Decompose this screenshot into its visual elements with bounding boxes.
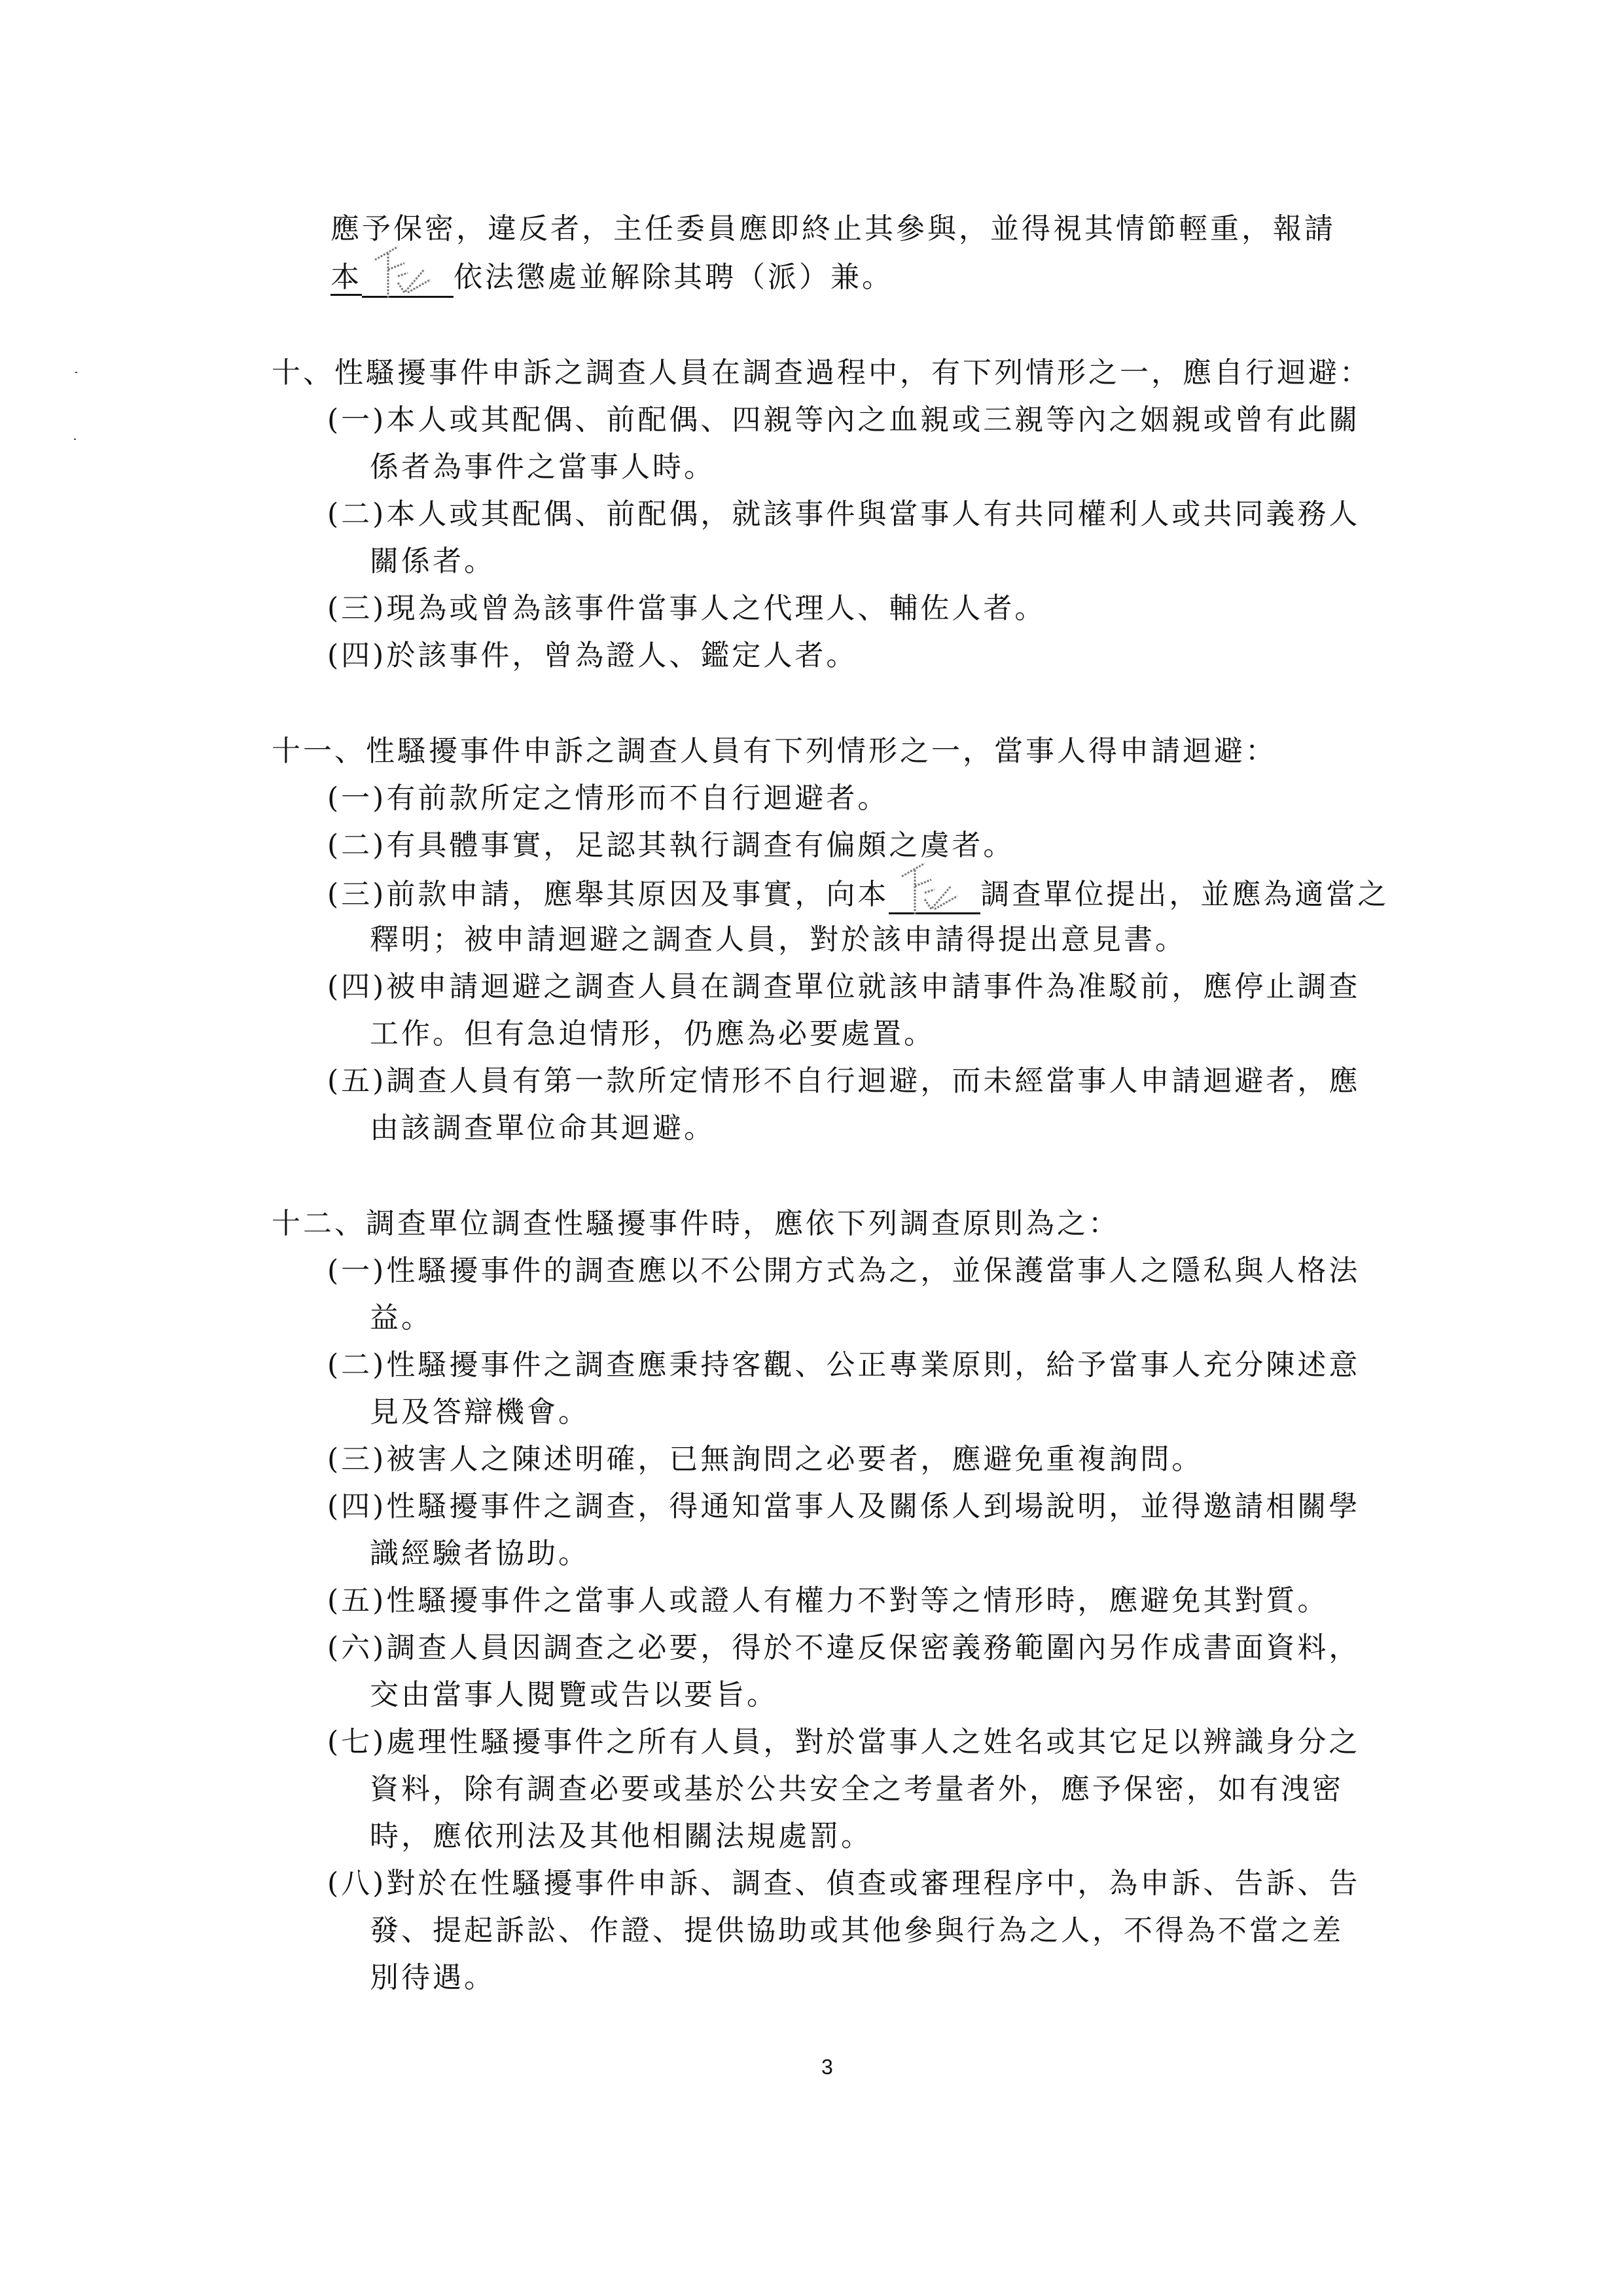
item-label: (三)	[327, 878, 386, 911]
intro-line-1: 應予保密，違反者，主任委員應即終止其參與，並得視其情節輕重，報請	[330, 209, 1336, 249]
item-text: 被害人之陳述明確，已無詢問之必要者，應避免重複詢問。	[386, 1443, 1203, 1476]
item-label: (八)	[327, 1867, 386, 1900]
scan-speck	[75, 372, 77, 373]
item-label: (三)	[327, 592, 386, 625]
item-text: 性騷擾事件之調查應秉持客觀、公正專業原則，給予當事人充分陳述意	[386, 1348, 1360, 1382]
item-label: (五)	[327, 1064, 386, 1098]
item-label: (二)	[327, 829, 386, 862]
section-10-item-4: (四)於該事件，曾為證人、鑑定人者。	[327, 636, 857, 675]
section-12-item-8-cont-2: 別待遇。	[370, 1958, 495, 1998]
item-label: (三)	[327, 1443, 386, 1476]
item-text-suffix: 調查單位提出，並應為適當之	[980, 878, 1389, 911]
item-label: (一)	[327, 1254, 386, 1287]
section-12-item-6: (六)調查人員因調查之必要，得於不違反保密義務範圍內另作成書面資料，	[327, 1628, 1360, 1668]
section-12-item-8-cont-1: 發、提起訴訟、作證、提供協助或其他參與行為之人，不得為不當之差	[370, 1911, 1344, 1950]
item-text: 性騷擾事件之當事人或證人有權力不對等之情形時，應避免其對質。	[386, 1584, 1329, 1617]
page-number: 3	[821, 2055, 833, 2079]
section-11-item-4: (四)被申請迴避之調查人員在調查單位就該申請事件為准駁前，應停止調查	[327, 967, 1360, 1007]
section-10-item-3: (三)現為或曾為該事件當事人之代理人、輔佐人者。	[327, 589, 1046, 628]
section-12-item-7: (七)處理性騷擾事件之所有人員，對於當事人之姓名或其它足以辨識身分之	[327, 1723, 1360, 1762]
item-text: 現為或曾為該事件當事人之代理人、輔佐人者。	[386, 592, 1046, 625]
section-12-item-4-cont: 識經驗者協助。	[370, 1534, 590, 1573]
section-12-item-1: (一)性騷擾事件的調查應以不公開方式為之，並保護當事人之隱私與人格法	[327, 1251, 1360, 1291]
item-text-prefix: 前款申請，應舉其原因及事實，向本	[386, 878, 889, 911]
item-text: 本人或其配偶、前配偶、四親等內之血親或三親等內之姻親或曾有此關	[386, 403, 1360, 437]
section-10-item-2-cont: 關係者。	[370, 542, 495, 581]
section-11-item-4-cont: 工作。但有急迫情形，仍應為必要處置。	[370, 1014, 935, 1054]
intro-line-2-prefix: 本	[330, 260, 362, 296]
item-text: 性騷擾事件的調查應以不公開方式為之，並保護當事人之隱私與人格法	[386, 1254, 1360, 1287]
section-12-item-4: (四)性騷擾事件之調查，得通知當事人及關係人到場說明，並得邀請相關學	[327, 1487, 1360, 1526]
section-12-item-5: (五)性騷擾事件之當事人或證人有權力不對等之情形時，應避免其對質。	[327, 1581, 1329, 1621]
item-label: (六)	[327, 1631, 386, 1664]
section-11-item-5: (五)調查人員有第一款所定情形不自行迴避，而未經當事人申請迴避者，應	[327, 1062, 1360, 1101]
section-12-item-1-cont: 益。	[370, 1299, 433, 1338]
section-12-item-6-cont: 交由當事人閱覽或告以要旨。	[370, 1676, 778, 1715]
section-12-heading: 十二、調查單位調查性騷擾事件時，應依下列調查原則為之：	[272, 1204, 1120, 1244]
item-label: (二)	[327, 1348, 386, 1382]
item-text: 有具體事實，足認其執行調查有偏頗之虞者。	[386, 829, 1014, 862]
section-11-item-1: (一)有前款所定之情形而不自行迴避者。	[327, 779, 889, 818]
section-12-item-3: (三)被害人之陳述明確，已無詢問之必要者，應避免重複詢問。	[327, 1440, 1203, 1479]
intro-line-2-suffix: 依法懲處並解除其聘（派）兼。	[454, 260, 893, 294]
item-text: 被申請迴避之調查人員在調查單位就該申請事件為准駁前，應停止調查	[386, 970, 1360, 1003]
scan-speck	[74, 439, 76, 440]
handwritten-signature-icon	[889, 873, 980, 914]
item-text: 調查人員有第一款所定情形不自行迴避，而未經當事人申請迴避者，應	[386, 1064, 1360, 1098]
item-label: (四)	[327, 1490, 386, 1523]
section-10-item-1: (一)本人或其配偶、前配偶、四親等內之血親或三親等內之姻親或曾有此關	[327, 401, 1360, 440]
section-11-item-3-cont: 釋明；被申請迴避之調查人員，對於該申請得提出意見書。	[370, 920, 1186, 960]
item-label: (七)	[327, 1725, 386, 1759]
item-label: (一)	[327, 403, 386, 437]
section-10-item-2: (二)本人或其配偶、前配偶，就該事件與當事人有共同權利人或共同義務人	[327, 495, 1360, 534]
item-label: (四)	[327, 639, 386, 672]
item-label: (二)	[327, 497, 386, 531]
section-12-item-7-cont-2: 時，應依刑法及其他相關法規處罰。	[370, 1817, 872, 1856]
section-11-item-5-cont: 由該調查單位命其迴避。	[370, 1109, 715, 1148]
handwritten-signature-icon	[362, 257, 454, 298]
item-text: 於該事件，曾為證人、鑑定人者。	[386, 639, 857, 672]
item-text: 有前款所定之情形而不自行迴避者。	[386, 781, 889, 815]
item-text: 處理性騷擾事件之所有人員，對於當事人之姓名或其它足以辨識身分之	[386, 1725, 1360, 1759]
section-12-item-7-cont-1: 資料，除有調查必要或基於公共安全之考量者外，應予保密，如有洩密	[370, 1770, 1344, 1809]
section-12-item-8: (八)對於在性騷擾事件申訴、調查、偵查或審理程序中，為申訴、告訴、告	[327, 1864, 1360, 1903]
section-11-item-2: (二)有具體事實，足認其執行調查有偏頗之虞者。	[327, 826, 1014, 865]
item-text: 調查人員因調查之必要，得於不違反保密義務範圍內另作成書面資料，	[386, 1631, 1360, 1664]
section-10-item-1-cont: 係者為事件之當事人時。	[370, 448, 715, 487]
document-page: 應予保密，違反者，主任委員應即終止其參與，並得視其情節輕重，報請 本依法懲處並解…	[0, 0, 1623, 2296]
item-label: (五)	[327, 1584, 386, 1617]
item-text: 本人或其配偶、前配偶，就該事件與當事人有共同權利人或共同義務人	[386, 497, 1360, 531]
intro-line-2: 本依法懲處並解除其聘（派）兼。	[330, 257, 893, 298]
section-12-item-2-cont: 見及答辯機會。	[370, 1393, 590, 1432]
section-12-item-2: (二)性騷擾事件之調查應秉持客觀、公正專業原則，給予當事人充分陳述意	[327, 1346, 1360, 1385]
section-11-item-3: (三)前款申請，應舉其原因及事實，向本調查單位提出，並應為適當之	[327, 873, 1389, 914]
section-11-heading: 十一、性騷擾事件申訴之調查人員有下列情形之一，當事人得申請迴避：	[272, 732, 1277, 771]
item-text: 對於在性騷擾事件申訴、調查、偵查或審理程序中，為申訴、告訴、告	[386, 1867, 1360, 1900]
item-label: (四)	[327, 970, 386, 1003]
section-10-heading: 十、性騷擾事件申訴之調查人員在調查過程中，有下列情形之一，應自行迴避：	[272, 353, 1371, 393]
item-text: 性騷擾事件之調查，得通知當事人及關係人到場說明，並得邀請相關學	[386, 1490, 1360, 1523]
item-label: (一)	[327, 781, 386, 815]
